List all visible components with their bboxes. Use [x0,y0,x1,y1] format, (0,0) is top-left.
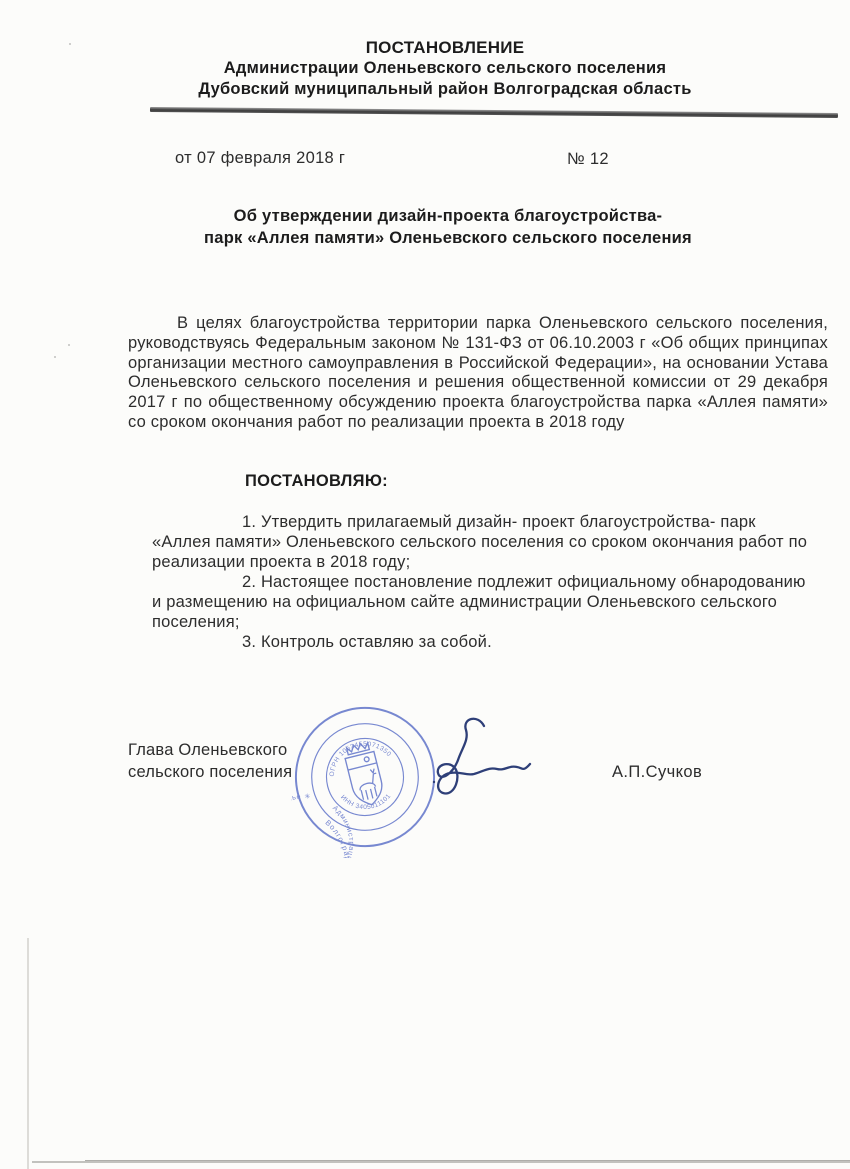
dust-speck [68,344,70,346]
stamp-inn-text: ИНН 3405011101 [338,783,394,818]
resolution-item-3: 3. Контроль оставляю за собой. [152,632,814,652]
signature-scribble [424,710,549,820]
document-number: № 12 [567,150,609,169]
resolution-item-1: 1. Утвердить прилагаемый дизайн- проект … [152,512,814,572]
ink-dot [433,781,435,783]
scan-artifact-bottom-line [32,1161,850,1163]
title-line-2: парк «Аллея памяти» Оленьевского сельско… [128,228,768,250]
resolution-item-2: 2. Настоящее постановление подлежит офиц… [152,572,814,632]
dust-speck [69,43,71,45]
signer-position: Глава Оленьевского сельского поселения [128,740,292,783]
signer-position-line-2: сельского поселения [128,762,292,784]
preamble-paragraph: В целях благоустройства территории парка… [128,314,828,433]
dust-speck [54,356,56,358]
stamp-circle-mid [300,712,429,841]
signer-name: А.П.Сучков [612,763,702,782]
document-type-heading: ПОСТАНОВЛЕНИЕ [60,37,830,58]
title-line-1: Об утверждении дизайн-проекта благоустро… [128,206,768,228]
scan-artifact-vertical-line [27,938,29,1169]
svg-text:ИНН 3405011101: ИНН 3405011101 [338,783,394,818]
document-title: Об утверждении дизайн-проекта благоустро… [128,206,768,249]
scan-artifact-bottom-line-dark [85,1160,850,1161]
document-date: от 07 февраля 2018 г [175,149,345,168]
resolution-items: 1. Утвердить прилагаемый дизайн- проект … [152,512,814,652]
shield-band [348,763,377,770]
stamp-circle-outer [291,696,439,858]
document-header: ПОСТАНОВЛЕНИЕ Администрации Оленьевского… [60,37,830,100]
shield-emblem [364,756,370,762]
district-region: Дубовский муниципальный район Волгоградс… [60,79,830,100]
signer-position-line-1: Глава Оленьевского [128,740,292,762]
issuing-authority: Администрации Оленьевского сельского пос… [60,58,830,79]
header-divider-rule [150,107,838,118]
scanned-document-page: ПОСТАНОВЛЕНИЕ Администрации Оленьевского… [0,0,850,1169]
official-stamp: Волгоградская область Дубовский муниципа… [291,696,439,858]
resolve-heading: ПОСТАНОВЛЯЮ: [245,472,388,491]
